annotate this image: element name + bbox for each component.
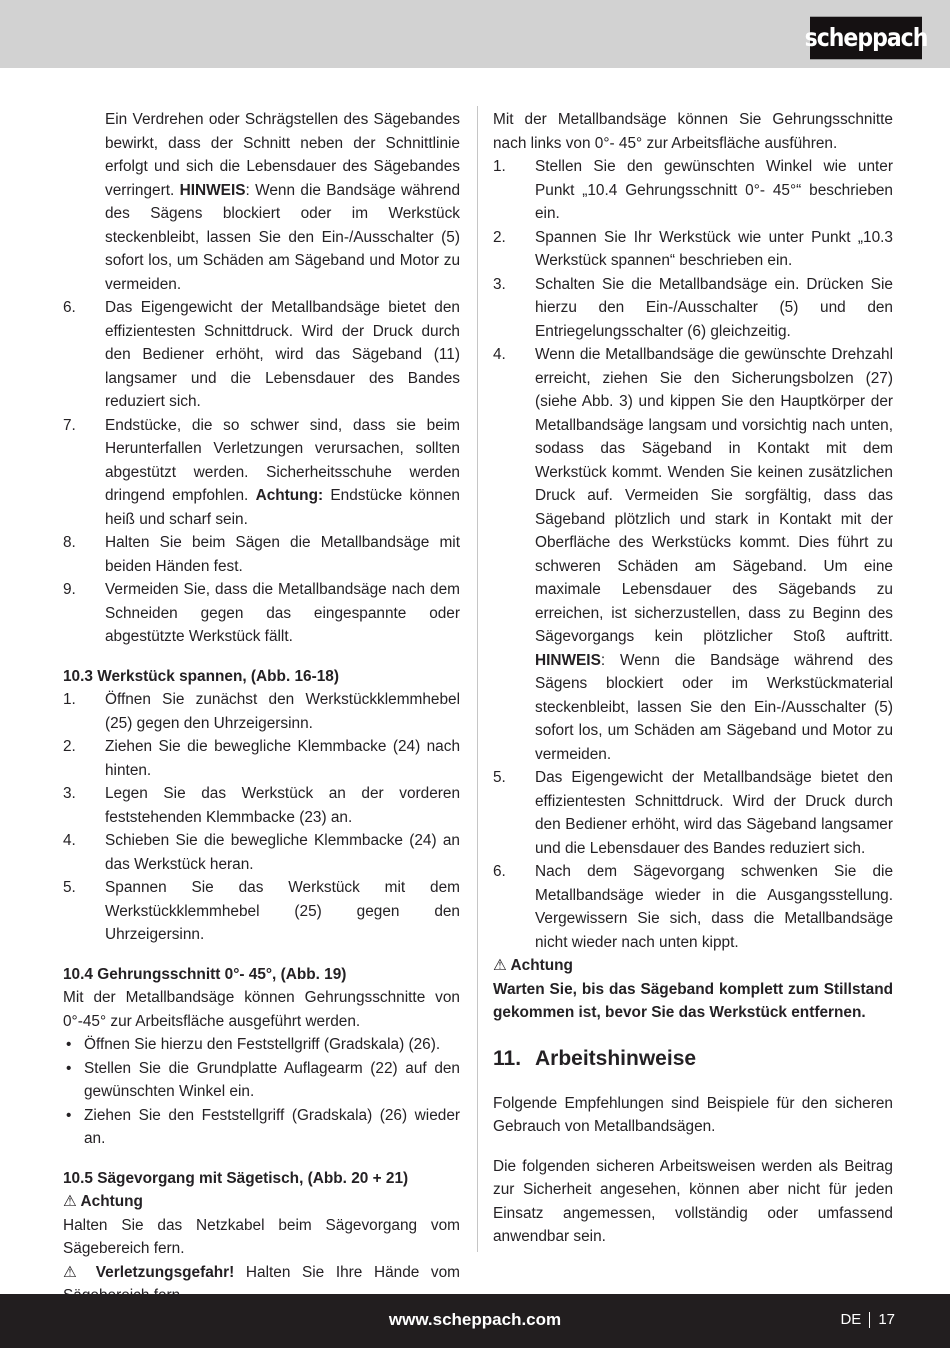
item-text: Ziehen Sie den Feststellgriff (Gradskala… [84,1104,460,1151]
spacer [493,1076,893,1092]
section-subheading: 10.5 Sägevorgang mit Sägetisch, (Abb. 20… [63,1167,460,1191]
footer-page-number: 17 [878,1311,895,1328]
footer-url: www.scheppach.com [0,1310,950,1330]
numbered-list-item: 3.Schalten Sie die Metallbandsäge ein. D… [493,273,893,344]
numbered-list-item: 6.Nach dem Sägevorgang schwenken Sie die… [493,860,893,954]
item-number: 1. [493,155,535,226]
text-run: Folgende Empfehlungen sind Beispiele für… [493,1095,893,1136]
text-run: Stellen Sie den gewünschten Winkel wie u… [535,158,893,222]
item-text: Öffnen Sie hierzu den Feststellgriff (Gr… [84,1033,460,1057]
item-number: 9. [63,578,105,649]
item-number: 2. [63,735,105,782]
text-run: Schalten Sie die Metallbandsäge ein. Drü… [535,276,893,340]
item-text: Schieben Sie die bewegliche Klemmbacke (… [105,829,460,876]
item-text: Wenn die Metallbandsäge die gewünschte D… [535,343,893,766]
text-run: Stellen Sie die Grundplatte Auflagearm (… [84,1060,460,1101]
text-run: Nach dem Sägevorgang schwenken Sie die M… [535,863,893,951]
manual-page: { "page": { "header": { "logo_text": "sc… [0,0,950,1348]
spacer [63,649,460,665]
item-text: Stellen Sie den gewünschten Winkel wie u… [535,155,893,226]
chapter-number: 11. [493,1044,535,1074]
paragraph: Folgende Empfehlungen sind Beispiele für… [493,1092,893,1139]
item-text: Schalten Sie die Metallbandsäge ein. Drü… [535,273,893,344]
bold-text: Achtung [507,957,573,974]
item-text: Öffnen Sie zunächst den Werkstückklemmhe… [105,688,460,735]
bullet-list-item: •Stellen Sie die Grundplatte Auflagearm … [63,1057,460,1104]
chapter-heading: 11.Arbeitshinweise [493,1041,893,1076]
text-run: Öffnen Sie zunächst den Werkstückklemmhe… [105,691,460,732]
section-subheading: ⚠ Achtung [63,1190,460,1214]
numbered-list-item: 2.Ziehen Sie die bewegliche Klemmbacke (… [63,735,460,782]
footer-band: www.scheppach.com DE 17 [0,1294,950,1348]
item-number: 3. [63,782,105,829]
item-text: Nach dem Sägevorgang schwenken Sie die M… [535,860,893,954]
paragraph: Mit der Metallbandsäge können Gehrungssc… [63,986,460,1033]
item-number: 4. [493,343,535,766]
paragraph: Ein Verdrehen oder Schrägstellen des Säg… [105,108,460,296]
bold-text: Achtung [77,1193,143,1210]
paragraph: Die folgenden sicheren Arbeitsweisen wer… [493,1155,893,1249]
item-text: Halten Sie beim Sägen die Metallbandsäge… [105,531,460,578]
bold-text: 10.4 Gehrungsschnitt 0°- 45°, (Abb. 19) [63,966,346,983]
text-run: Mit der Metallbandsäge können Gehrungssc… [63,989,460,1030]
numbered-list-item: 8.Halten Sie beim Sägen die Metallbandsä… [63,531,460,578]
text-run: Die folgenden sicheren Arbeitsweisen wer… [493,1158,893,1246]
numbered-list-item: 4.Wenn die Metallbandsäge die gewünschte… [493,343,893,766]
numbered-list-item: 3.Legen Sie das Werkstück an der vordere… [63,782,460,829]
item-text: Das Eigengewicht der Metallbandsäge biet… [105,296,460,414]
item-text: Endstücke, die so schwer sind, dass sie … [105,414,460,532]
item-number: 6. [63,296,105,414]
bold-text: Verletzungsgefahr! [84,1264,234,1281]
item-text: Vermeiden Sie, dass die Metallbandsäge n… [105,578,460,649]
warning-icon: ⚠ [493,957,507,974]
scheppach-logo: scheppach [810,17,922,60]
spacer [63,947,460,963]
bold-text: 10.3 Werkstück spannen, (Abb. 16-18) [63,668,339,685]
numbered-list-item: 6.Das Eigengewicht der Metallbandsäge bi… [63,296,460,414]
item-text: Ziehen Sie die bewegliche Klemmbacke (24… [105,735,460,782]
item-number: 5. [63,876,105,947]
item-number: 8. [63,531,105,578]
section-subheading: 10.3 Werkstück spannen, (Abb. 16-18) [63,665,460,689]
item-number: 1. [63,688,105,735]
bullet-marker: • [63,1057,84,1104]
bold-text: Warten Sie, bis das Sägeband komplett zu… [493,981,893,1022]
text-run: Schieben Sie die bewegliche Klemmbacke (… [105,832,460,873]
item-number: 2. [493,226,535,273]
text-run: Legen Sie das Werkstück an der vorderen … [105,785,460,826]
item-text: Legen Sie das Werkstück an der vorderen … [105,782,460,829]
footer-page-info: DE 17 [840,1311,895,1328]
paragraph: Warten Sie, bis das Sägeband komplett zu… [493,978,893,1025]
numbered-list-item: 7.Endstücke, die so schwer sind, dass si… [63,414,460,532]
numbered-list-item: 9.Vermeiden Sie, dass die Metallbandsäge… [63,578,460,649]
item-number: 7. [63,414,105,532]
section-subheading: ⚠ Achtung [493,954,893,978]
item-number: 3. [493,273,535,344]
chapter-title: Arbeitshinweise [535,1044,696,1074]
paragraph: Mit der Metallbandsäge können Sie Gehrun… [493,108,893,155]
warning-icon: ⚠ [63,1264,84,1281]
header-band: scheppach [0,0,950,68]
text-run: Halten Sie das Netzkabel beim Sägevorgan… [63,1217,460,1258]
item-number: 6. [493,860,535,954]
bold-text: Achtung: [256,487,324,504]
bold-text: HINWEIS [180,182,246,199]
numbered-list-item: 5.Spannen Sie das Werkstück mit dem Werk… [63,876,460,947]
text-run: Spannen Sie das Werkstück mit dem Werkst… [105,879,460,943]
section-subheading: 10.4 Gehrungsschnitt 0°- 45°, (Abb. 19) [63,963,460,987]
text-run: Wenn die Metallbandsäge die gewünschte D… [535,346,893,645]
item-text: Spannen Sie das Werkstück mit dem Werkst… [105,876,460,947]
footer-separator [869,1312,870,1328]
text-run: Öffnen Sie hierzu den Feststellgriff (Gr… [84,1036,440,1053]
bullet-marker: • [63,1033,84,1057]
bullet-marker: • [63,1104,84,1151]
warning-icon: ⚠ [63,1193,77,1210]
numbered-list-item: 2.Spannen Sie Ihr Werkstück wie unter Pu… [493,226,893,273]
paragraph: Halten Sie das Netzkabel beim Sägevorgan… [63,1214,460,1261]
text-run: Spannen Sie Ihr Werkstück wie unter Punk… [535,229,893,270]
numbered-list-item: 1.Stellen Sie den gewünschten Winkel wie… [493,155,893,226]
bullet-list-item: •Ziehen Sie den Feststellgriff (Gradskal… [63,1104,460,1151]
item-text: Spannen Sie Ihr Werkstück wie unter Punk… [535,226,893,273]
right-column: Mit der Metallbandsäge können Sie Gehrun… [493,108,893,1249]
column-divider [477,106,478,1252]
numbered-list-item: 5.Das Eigengewicht der Metallbandsäge bi… [493,766,893,860]
bold-text: 10.5 Sägevorgang mit Sägetisch, (Abb. 20… [63,1170,408,1187]
spacer [493,1025,893,1041]
item-text: Stellen Sie die Grundplatte Auflagearm (… [84,1057,460,1104]
item-text: Das Eigengewicht der Metallbandsäge biet… [535,766,893,860]
bullet-list-item: •Öffnen Sie hierzu den Feststellgriff (G… [63,1033,460,1057]
numbered-list-item: 1.Öffnen Sie zunächst den Werkstückklemm… [63,688,460,735]
bold-text: HINWEIS [535,652,601,669]
text-run: Ziehen Sie die bewegliche Klemmbacke (24… [105,738,460,779]
spacer [63,1151,460,1167]
footer-language: DE [840,1311,861,1328]
item-number: 4. [63,829,105,876]
text-run: Halten Sie beim Sägen die Metallbandsäge… [105,534,460,575]
text-run: Das Eigengewicht der Metallbandsäge biet… [535,769,893,857]
text-run: Vermeiden Sie, dass die Metallbandsäge n… [105,581,460,645]
numbered-list-item: 4.Schieben Sie die bewegliche Klemmbacke… [63,829,460,876]
text-run: Mit der Metallbandsäge können Sie Gehrun… [493,111,893,152]
text-run: Das Eigengewicht der Metallbandsäge biet… [105,299,460,410]
logo-text: scheppach [805,24,928,52]
left-column: Ein Verdrehen oder Schrägstellen des Säg… [63,108,460,1308]
text-run: Ziehen Sie den Feststellgriff (Gradskala… [84,1107,460,1148]
spacer [493,1139,893,1155]
item-number: 5. [493,766,535,860]
